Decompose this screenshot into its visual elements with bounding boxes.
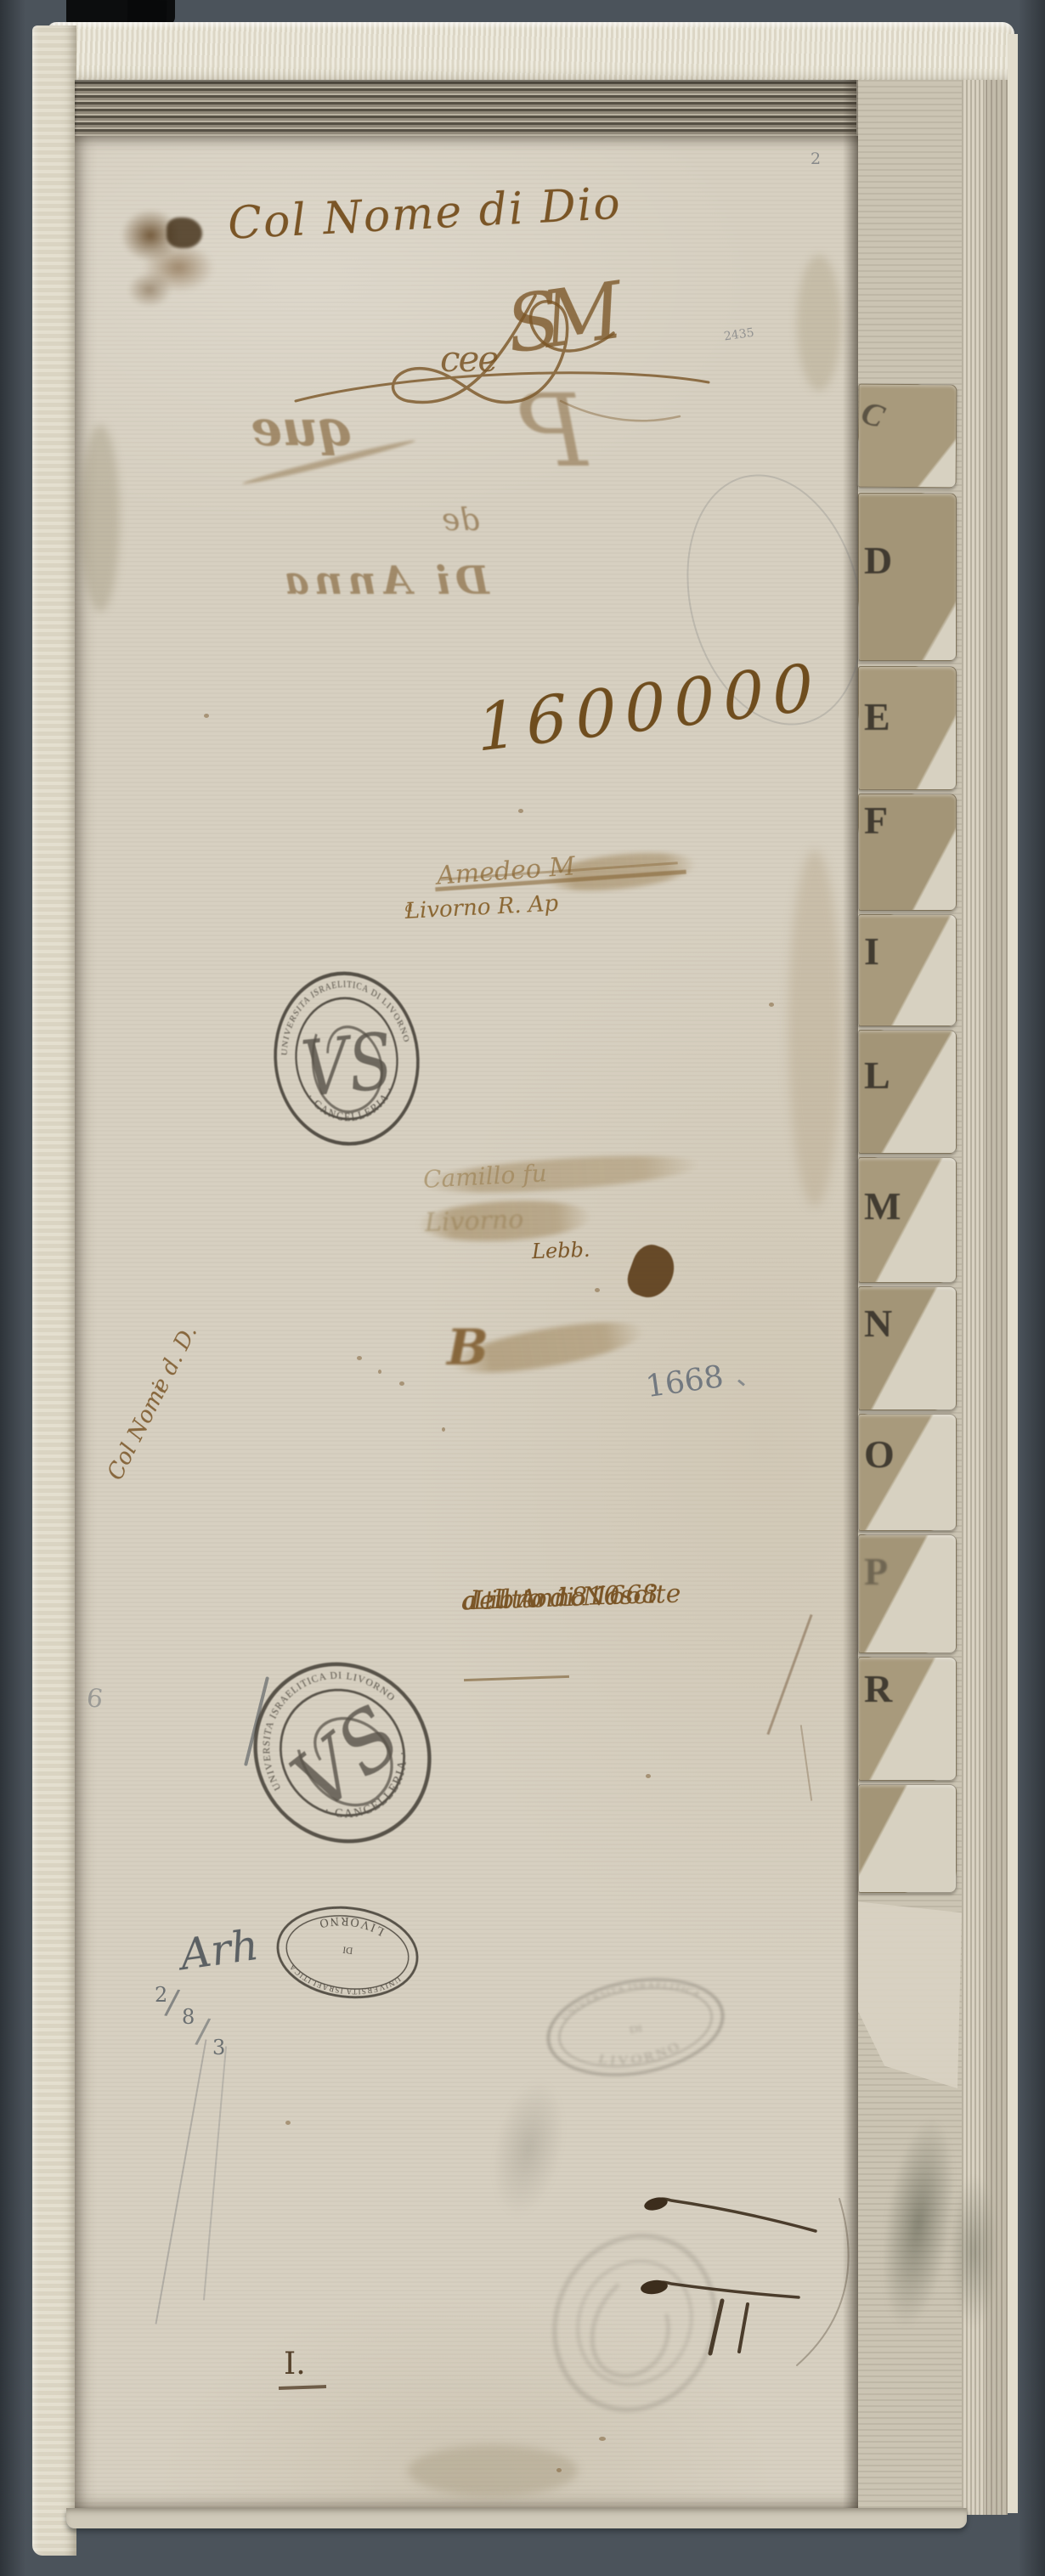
page-edges-strip-2 [986, 80, 1008, 2515]
tab-letter: M [859, 1158, 901, 1226]
svg-text:LIVORNO: LIVORNO [595, 2037, 686, 2073]
index-tab-o: O [858, 1414, 957, 1531]
tab-letter: L [859, 1031, 890, 1095]
speck [556, 2468, 562, 2472]
water-stain [788, 850, 841, 1206]
bleedthrough-word: de [442, 503, 479, 538]
tab-letter: E [859, 667, 890, 737]
index-tab-c: C [858, 384, 957, 489]
speck [204, 714, 209, 718]
index-tab-n: N [858, 1286, 957, 1410]
index-tab-i: I [858, 914, 957, 1026]
tab-letter: F [859, 794, 888, 840]
index-tab-m: M [858, 1157, 957, 1283]
tab-letter: C [853, 381, 893, 433]
manuscript-scan: Col Nome di Dio cee SM que P de Di Anna … [0, 0, 1045, 2576]
fraction-denominator: 3 [212, 2036, 225, 2059]
livorno-oval-stamp: UNIVERSITA ISRAELITICA DI LIVORNO [267, 1895, 429, 2011]
index-tab-p: P [858, 1534, 957, 1653]
index-tab-d: D [858, 493, 957, 661]
page-block-fore-edge [75, 80, 858, 139]
index-tab-f: F [858, 794, 957, 911]
speck [599, 2437, 606, 2441]
speck [399, 1381, 404, 1386]
left-vignette [0, 0, 25, 2576]
oval-stamp-mid-text: DI [342, 1944, 353, 1956]
index-tab-blank [858, 1784, 957, 1893]
speck [285, 2121, 291, 2125]
bleedthrough-word: Di Anna [279, 557, 489, 603]
speck [357, 1356, 362, 1360]
oval-stamp-top-text: UNIVERSITA ISRAELITICA [285, 1961, 402, 2002]
tab-letter [859, 1785, 864, 1792]
bleedthrough-word: que [251, 399, 353, 457]
speck [518, 809, 523, 813]
tab-letter: P [859, 1535, 888, 1591]
page-edges-strip [962, 80, 986, 2515]
ink-blotch [127, 272, 172, 308]
water-stain [797, 255, 841, 391]
oval-stamp-mid-text: DI [629, 2022, 643, 2036]
book-cover-left-edge [32, 25, 76, 2556]
speck [769, 1003, 774, 1007]
index-tab-l: L [858, 1030, 957, 1154]
edge-stain-2 [950, 2175, 997, 2328]
page-right-shadow [843, 80, 858, 2515]
tab-letter: N [859, 1287, 892, 1343]
right-vignette [1018, 0, 1045, 2576]
speck [646, 1774, 651, 1778]
tab-letter: I [859, 915, 879, 971]
tab-letter: R [859, 1658, 892, 1709]
book-cover-right-edge [1008, 34, 1018, 2513]
svg-text:UNIVERSITA ISRAELITICA: UNIVERSITA ISRAELITICA [285, 1961, 402, 2002]
speck [378, 1370, 381, 1374]
tab-letter: O [859, 1415, 895, 1474]
small-word-annotation: Lebb. [532, 1238, 590, 1263]
bottom-roman-numeral: I. [284, 2347, 306, 2381]
bleedthrough-letter: P [520, 372, 587, 489]
stamp-monogram: VS [297, 1015, 397, 1115]
fraction-middle: 8 [182, 2005, 195, 2029]
register-title-line: a tutto 1810 [460, 1577, 620, 1621]
book-bottom-edge [66, 2508, 967, 2528]
oval-stamp-bottom-text: LIVORNO [595, 2037, 686, 2073]
water-stain [408, 2445, 578, 2496]
pencil-page-number: 2 [811, 150, 821, 168]
tab-letter: D [859, 494, 892, 580]
index-tab-r: R [858, 1657, 957, 1781]
pen-trial-strokes [639, 2165, 861, 2372]
place-superscript: a [404, 899, 414, 915]
speck [595, 1288, 600, 1292]
index-tab-e: E [858, 666, 957, 790]
cancelleria-round-stamp: UNIVERSITA ISRAELITICA DI LIVORNO · CANC… [261, 959, 432, 1158]
water-stain [81, 425, 120, 612]
book-cover-top-edge [48, 22, 1014, 88]
ink-blotch-dark [167, 217, 202, 248]
speck [442, 1427, 445, 1432]
